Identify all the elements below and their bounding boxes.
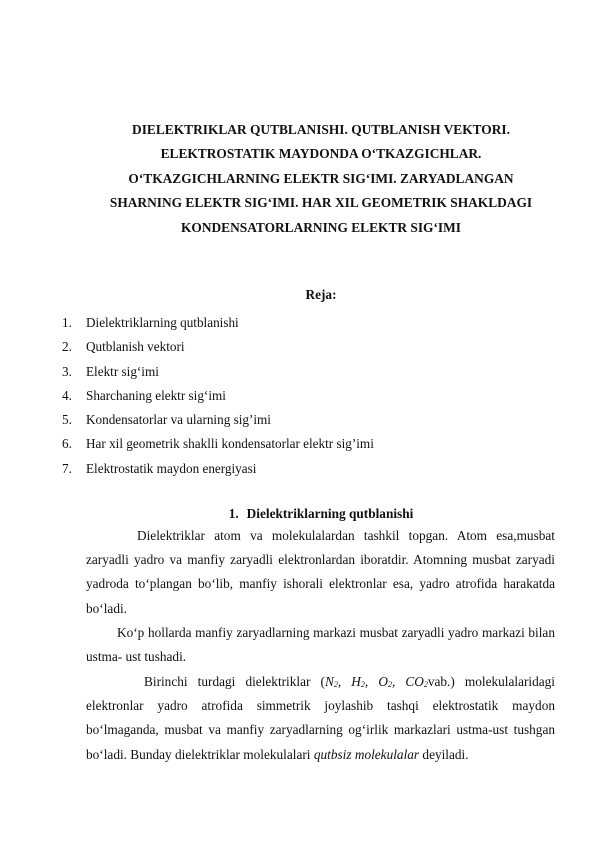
document-page: DIELEKTRIKLAR QUTBLANISHI. QUTBLANISH VE… — [0, 0, 596, 842]
plan-item: 4.Sharchaning elektr sig‘imi — [62, 384, 374, 408]
paragraph-text: Ko‘p hollarda manfiy zaryadlarning marka… — [86, 621, 555, 669]
title-line: O‘TKAZGICHLARNING ELEKTR SIG‘IMI. ZARYAD… — [86, 167, 556, 191]
molecule-formula: H2 — [351, 674, 365, 689]
plan-item: 5.Kondensatorlar va ularning sig’imi — [62, 408, 374, 432]
plan-item-number: 2. — [62, 335, 86, 359]
document-title: DIELEKTRIKLAR QUTBLANISHI. QUTBLANISH VE… — [86, 118, 556, 240]
plan-item-number: 3. — [62, 360, 86, 384]
paragraph-atom-structure: Dielektriklar atom va molekulalardan tas… — [86, 524, 555, 621]
section-title: Dielektriklarning qutblanishi — [247, 506, 414, 521]
molecule-formula: O2 — [378, 674, 392, 689]
section-heading: 1.Dielektriklarning qutblanishi — [86, 506, 556, 522]
plan-item-label: Elektrostatik maydon energiyasi — [86, 461, 256, 476]
plan-item-label: Har xil geometrik shaklli kondensatorlar… — [86, 436, 374, 451]
plan-item-label: Kondensatorlar va ularning sig’imi — [86, 412, 271, 427]
title-line: SHARNING ELEKTR SIG‘IMI. HAR XIL GEOMETR… — [86, 191, 556, 215]
plan-item-label: Dielektriklarning qutblanishi — [86, 315, 239, 330]
plan-item: 6.Har xil geometrik shaklli kondensatorl… — [62, 432, 374, 456]
plan-item-label: Elektr sig‘imi — [86, 364, 159, 379]
molecule-formula: N2 — [325, 674, 338, 689]
paragraph-charge-centers: Ko‘p hollarda manfiy zaryadlarning marka… — [86, 621, 555, 669]
plan-item: 1.Dielektriklarning qutblanishi — [62, 311, 374, 335]
paragraph-text: Birinchi turdagi dielektriklar (N2, H2, … — [86, 670, 555, 767]
paragraph-nonpolar-molecules: Birinchi turdagi dielektriklar (N2, H2, … — [86, 670, 555, 767]
paragraph-intro: Birinchi turdagi dielektriklar ( — [144, 674, 325, 689]
plan-item-label: Qutblanish vektori — [86, 339, 185, 354]
plan-item: 2.Qutblanish vektori — [62, 335, 374, 359]
section-number: 1. — [229, 506, 239, 521]
title-line: DIELEKTRIKLAR QUTBLANISHI. QUTBLANISH VE… — [86, 118, 556, 142]
title-line: KONDENSATORLARNING ELEKTR SIG‘IMI — [86, 216, 556, 240]
title-line: ELEKTROSTATIK MAYDONDA O‘TKAZGICHLAR. — [86, 142, 556, 166]
plan-item-number: 4. — [62, 384, 86, 408]
plan-item: 3.Elektr sig‘imi — [62, 360, 374, 384]
plan-item-number: 1. — [62, 311, 86, 335]
plan-item-number: 6. — [62, 432, 86, 456]
plan-item-label: Sharchaning elektr sig‘imi — [86, 388, 226, 403]
plan-item-number: 7. — [62, 457, 86, 481]
emphasized-term: qutbsiz molekulalar — [314, 747, 419, 762]
plan-item: 7.Elektrostatik maydon energiyasi — [62, 457, 374, 481]
paragraph-text: Dielektriklar atom va molekulalardan tas… — [86, 524, 555, 621]
paragraph-ending: deyiladi. — [419, 747, 468, 762]
plan-item-number: 5. — [62, 408, 86, 432]
molecule-formula: CO2 — [405, 674, 427, 689]
plan-list: 1.Dielektriklarning qutblanishi 2.Qutbla… — [62, 311, 374, 481]
plan-heading: Reja: — [86, 287, 556, 303]
